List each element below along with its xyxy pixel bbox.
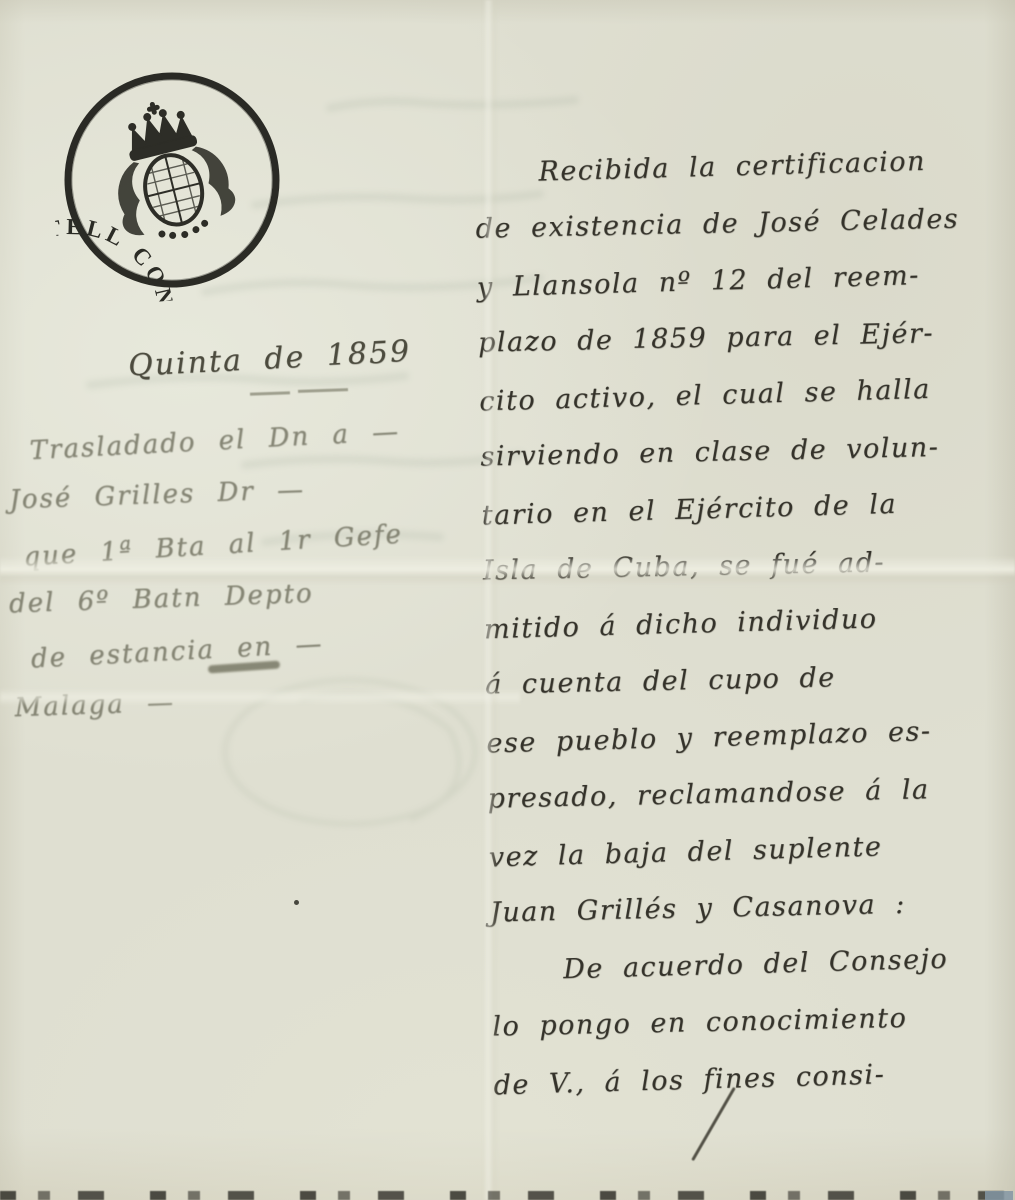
crown-icon	[119, 94, 198, 161]
underline-stroke	[250, 391, 290, 395]
cutoff-text-strip	[0, 1191, 1015, 1200]
underline-stroke	[298, 388, 348, 393]
ink-speck	[294, 900, 299, 905]
provincial-council-seal: CONSEJO PROVINCIAL DE CASTELLON	[42, 50, 302, 310]
margin-annotation: Trasladado el Dn a — José Grilles Dr — q…	[1, 406, 490, 734]
date-heading: Quinta de 1859	[127, 331, 468, 384]
letter-body: Recibida la certificacion de existencia …	[474, 133, 1015, 1113]
document-page: CONSEJO PROVINCIAL DE CASTELLON	[0, 0, 1015, 1200]
cutoff-blue-mark	[985, 1191, 1013, 1200]
